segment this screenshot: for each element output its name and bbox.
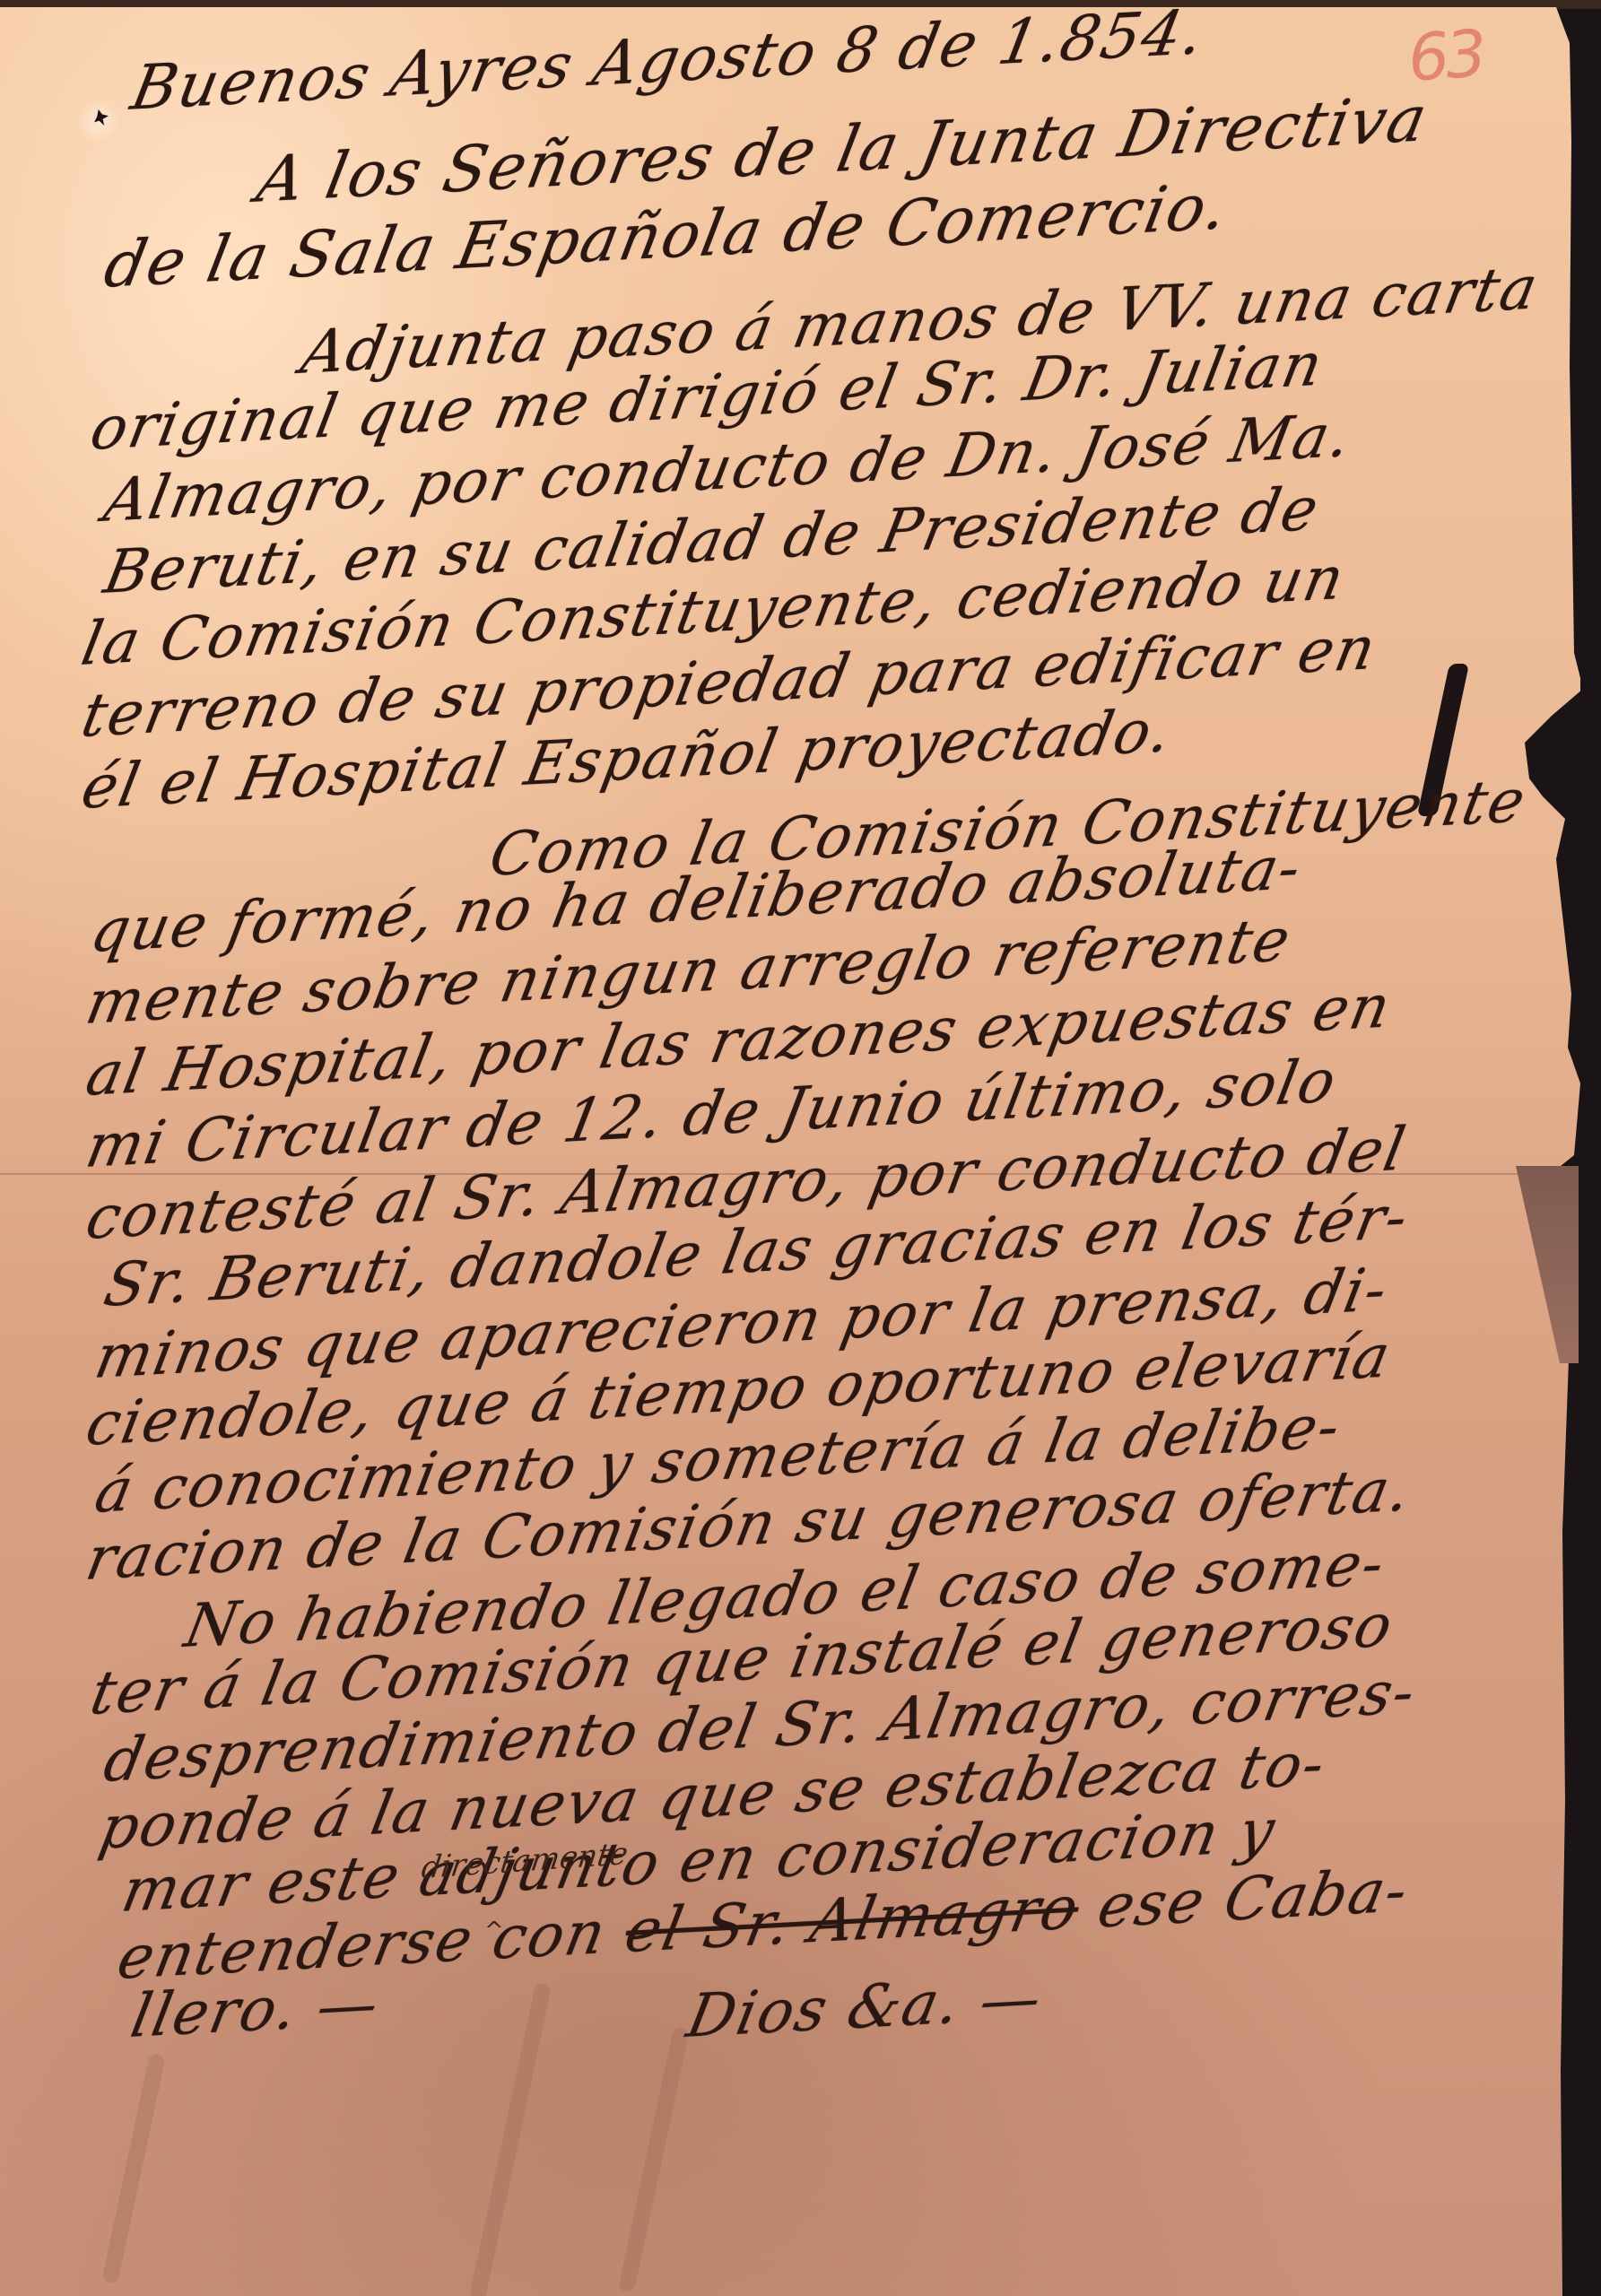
letter-text: Buenos Ayres Agosto 8 de 1.854. A los Se… <box>0 0 1580 2289</box>
valediction: Dios &a. — <box>682 1962 1048 2051</box>
line27-middle: con <box>487 1898 613 1973</box>
closing-word: llero. — <box>126 1969 386 2051</box>
